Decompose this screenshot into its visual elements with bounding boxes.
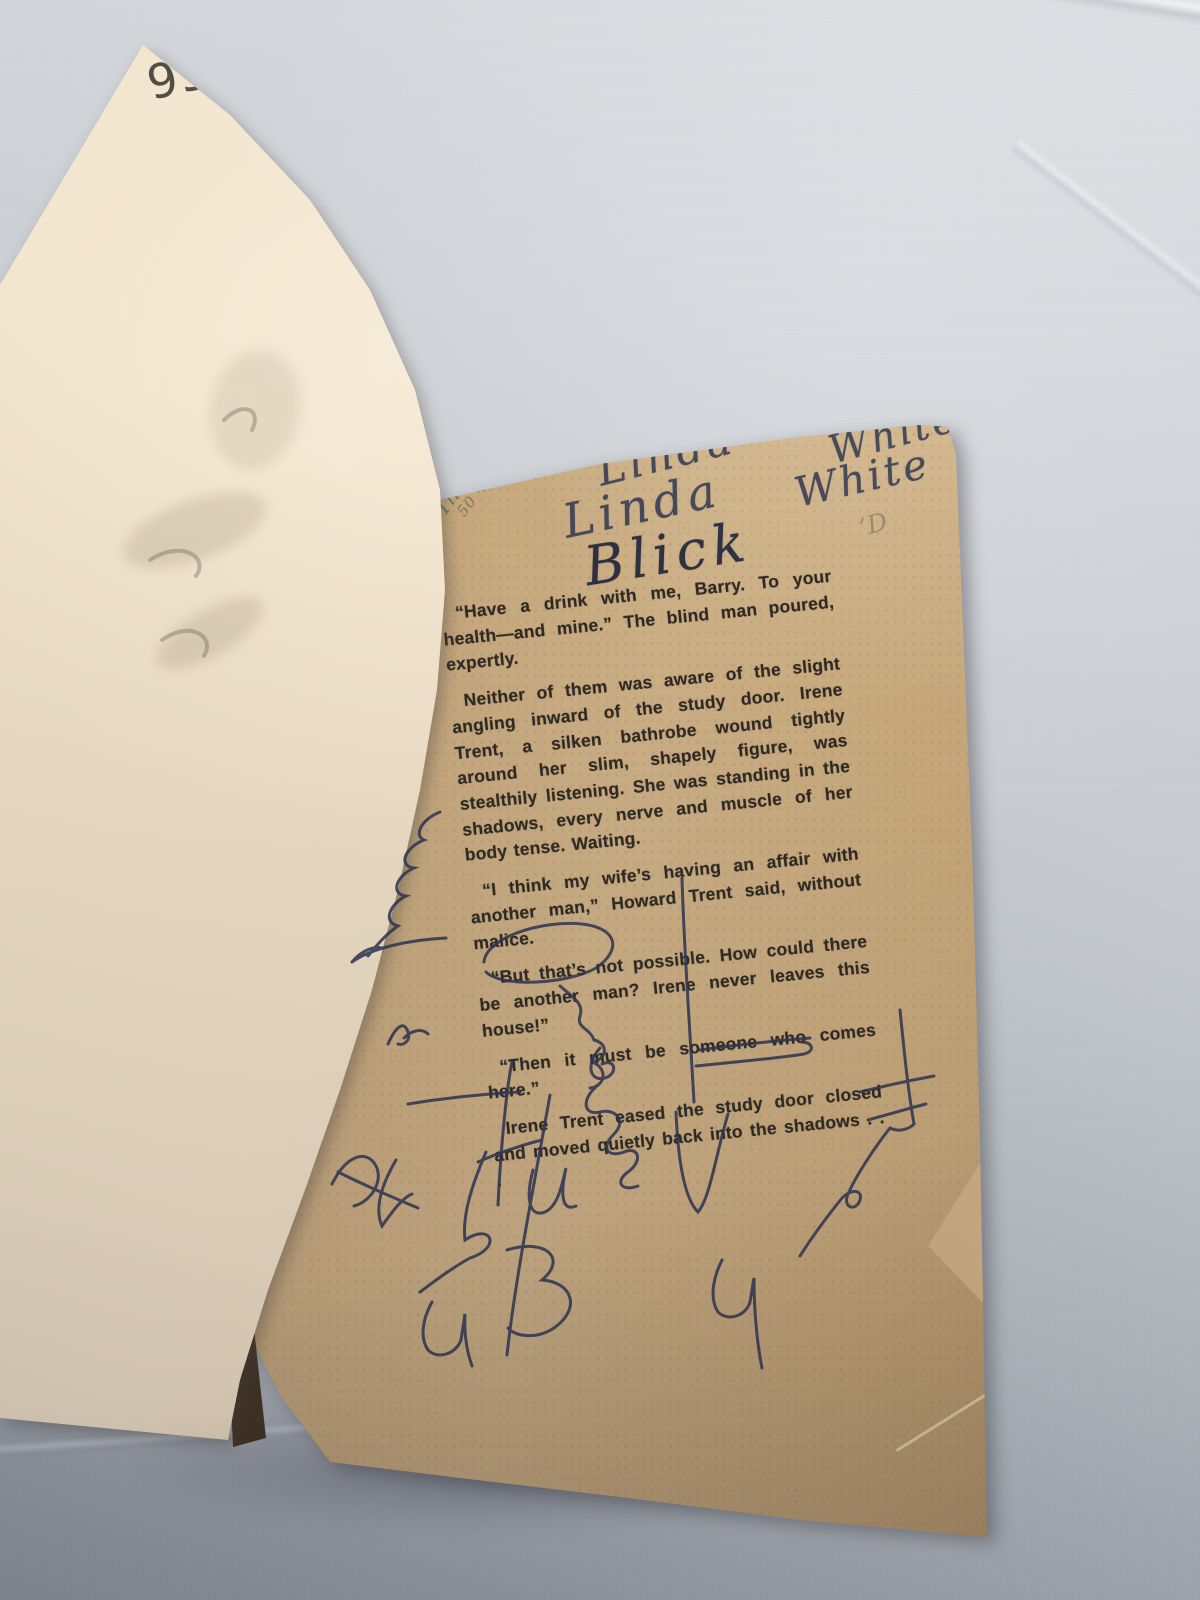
pencil-smudge xyxy=(114,476,275,584)
photo-scene: Linda White Linda White Blick The Faunt … xyxy=(0,0,1200,1600)
pencil-smudge xyxy=(200,343,309,477)
pencil-smudge xyxy=(147,583,274,683)
pencil-price: 95¢ xyxy=(142,36,248,111)
left-page: 95¢ xyxy=(0,0,1200,1600)
